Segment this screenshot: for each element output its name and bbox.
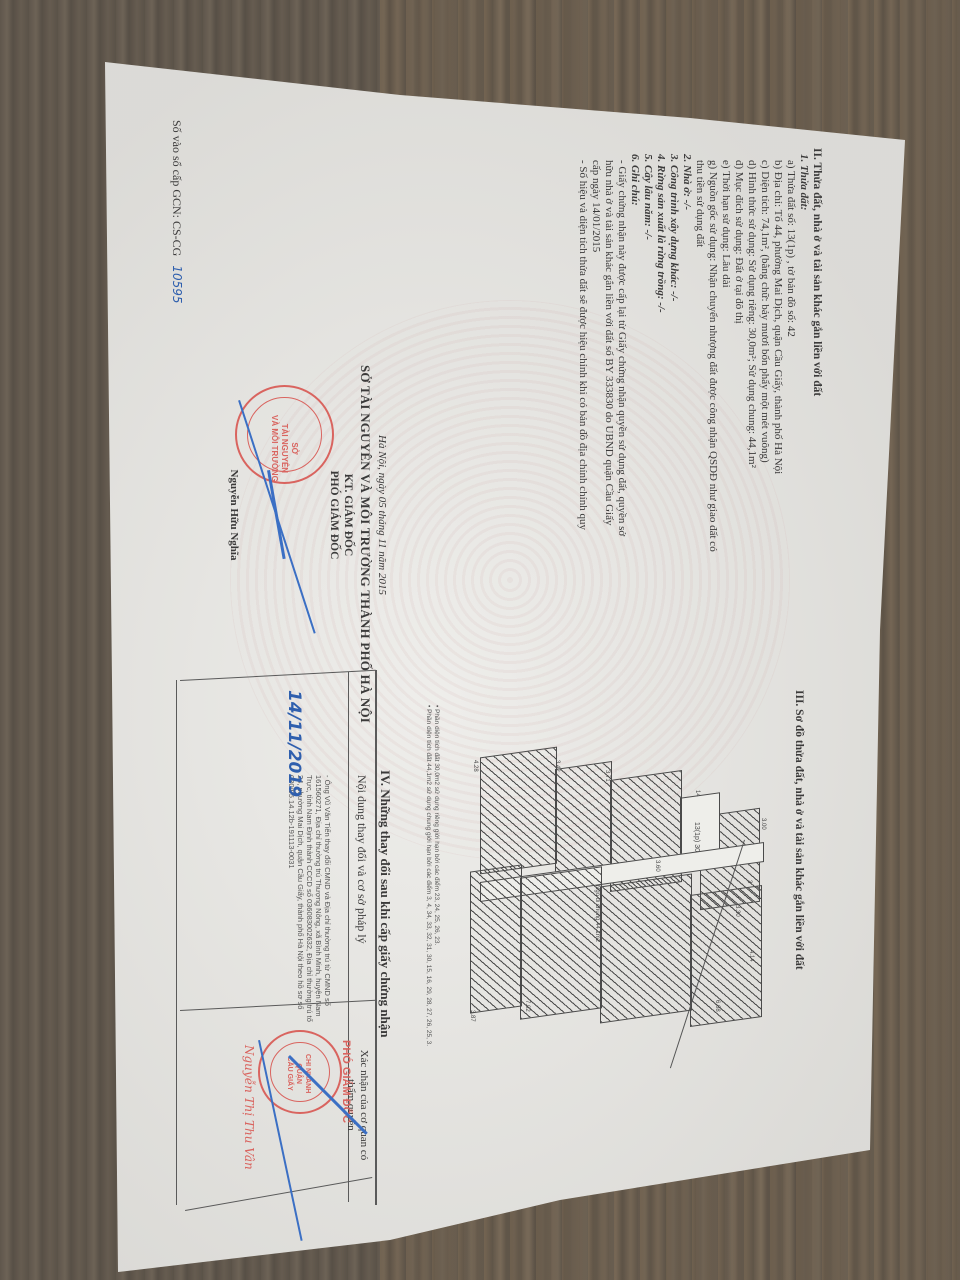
note-line: - Số hiệu và diện tích thửa đất sẽ được … <box>576 160 589 552</box>
land-item: e) Thời hạn sử dụng: Lâu dài <box>719 160 732 552</box>
change-entry: - Ông Vũ Văn Tiến thay đổi CMND và Địa c… <box>287 775 332 1022</box>
note-line: - Giấy chứng nhận này được cấp lại từ Gi… <box>615 160 628 552</box>
table-border-left <box>176 680 177 1205</box>
change-entry-line: 24, phường Mai Dịch, quận Cầu Giấy, thàn… <box>296 775 305 1022</box>
land-heading: 1. Thửa đất: <box>797 148 810 552</box>
point-label: 3 <box>746 880 752 883</box>
legend-note: • Phần diện tích đất 30,0m2 sử dụng riên… <box>432 705 440 1046</box>
dimension-label: 3.00 <box>760 818 766 830</box>
land-item: b) Địa chỉ: Tổ 44, phường Mai Dịch, quận… <box>771 160 784 552</box>
change-entry-line: 161560271, Địa chỉ thường trú Thượng Nôn… <box>314 775 323 1022</box>
neighbor-plot <box>520 866 602 1020</box>
notes: - Giấy chứng nhận này được cấp lại từ Gi… <box>576 148 628 552</box>
dimension-label: 6.08 <box>714 1000 720 1012</box>
point-label: 14 <box>694 790 700 797</box>
section-ii: II. Thửa đất, nhà ở và tài sản khác gắn … <box>576 148 823 552</box>
dimension-label: 3.30 <box>734 905 740 917</box>
dimension-label: 3.87 <box>469 1010 475 1022</box>
dimension-label: 4.28 <box>472 760 478 772</box>
note-line: hữu nhà ở và tài sản khác gắn liền với đ… <box>602 160 615 552</box>
dimension-label: 3.71 <box>604 770 610 782</box>
stamp-text: SỞ <box>289 415 299 482</box>
change-entry-date: 14/11/2019 <box>284 690 304 797</box>
land-item: đ) Mục đích sử dụng: Đất ở tại đô thị <box>732 160 745 552</box>
neighbor-plot <box>600 874 692 1024</box>
diagram-legend-notes: • Phần diện tích đất 30,0m2 sử dụng riên… <box>424 705 440 1046</box>
change-entry-line: 030/05.14.12b-191113-0031 <box>287 775 296 1022</box>
section-iii-title: III. Sơ đồ thửa đất, nhà ở và tài sản kh… <box>793 690 805 970</box>
issuing-authority: SỞ TÀI NGUYÊN VÀ MÔI TRƯỜNG THÀNH PHỐ HÀ… <box>357 365 373 665</box>
section-iv-title: IV. Những thay đổi sau khi cấp giấy chứn… <box>377 770 393 1038</box>
change-entry-line: Trực, tỉnh Nam Định thành CCCD số 036083… <box>305 775 314 1022</box>
perennial-trees-line: 5. Cây lâu năm: -/- <box>641 148 654 552</box>
production-forest-line: 4. Rừng sản xuất là rừng trồng: -/- <box>654 148 667 552</box>
other-construction-line: 3. Công trình xây dựng khác: -/- <box>667 148 680 552</box>
signer-title: PHÓ GIÁM ĐỐC <box>328 365 340 665</box>
on-behalf-label: KT. GIÁM ĐỐC <box>342 365 354 665</box>
land-item: thu tiền sử dụng đất <box>693 160 706 552</box>
note-line: cấp ngày 14/01/2015 <box>589 160 602 552</box>
stamp-text: TÀI NGUYÊN <box>279 415 289 482</box>
legend-note: • Phần diện tích đất 44,1m2 sử dụng chun… <box>424 705 432 1046</box>
neighbor-plot <box>480 747 557 875</box>
confirm-signer-name: Nguyễn Thị Thu Vân <box>242 1045 256 1170</box>
dimension-label: 3.42 <box>554 760 560 772</box>
signer-name: Nguyễn Hữu Nghĩa <box>228 365 240 665</box>
registry-handwritten-number: 10595 <box>170 265 184 303</box>
land-item: c) Diện tích: 74,1m², (bằng chữ: bảy mươ… <box>758 160 771 552</box>
dimension-label: 3.60 <box>654 860 660 872</box>
registry-number: Số vào sổ cấp GCN: CS-CG 10595 <box>170 120 183 304</box>
neighbor-plot <box>470 864 522 1013</box>
dimension-label: 7.02 <box>524 1000 530 1012</box>
place-date: Hà Nội, ngày 05 tháng 11 năm 2015 <box>375 365 388 665</box>
stamp-text: VÀ MÔI TRƯỜNG <box>269 415 279 482</box>
change-entry-line: - Ông Vũ Văn Tiến thay đổi CMND và Địa c… <box>323 775 332 1022</box>
land-item: d) Hình thức sử dụng: Sử dụng riêng: 30,… <box>745 160 758 552</box>
house-line: 2. Nhà ở: -/- <box>680 148 693 552</box>
registry-label: Số vào sổ cấp GCN: CS-CG <box>170 120 184 256</box>
column-header-content: Nội dung thay đổi và cơ sở pháp lý <box>355 775 368 944</box>
notes-heading: 6. Ghi chú: <box>628 148 641 552</box>
land-items: a) Thửa đất số: 13(1p) , tờ bản đồ số: 4… <box>693 148 797 552</box>
dimension-label: 4.14 <box>748 950 754 962</box>
land-item: g) Nguồn gốc sử dụng: Nhận chuyển nhượng… <box>706 160 719 552</box>
land-item: a) Thửa đất số: 13(1p) , tờ bản đồ số: 4… <box>784 160 797 552</box>
section-ii-title: II. Thửa đất, nhà ở và tài sản khác gắn … <box>810 148 823 552</box>
